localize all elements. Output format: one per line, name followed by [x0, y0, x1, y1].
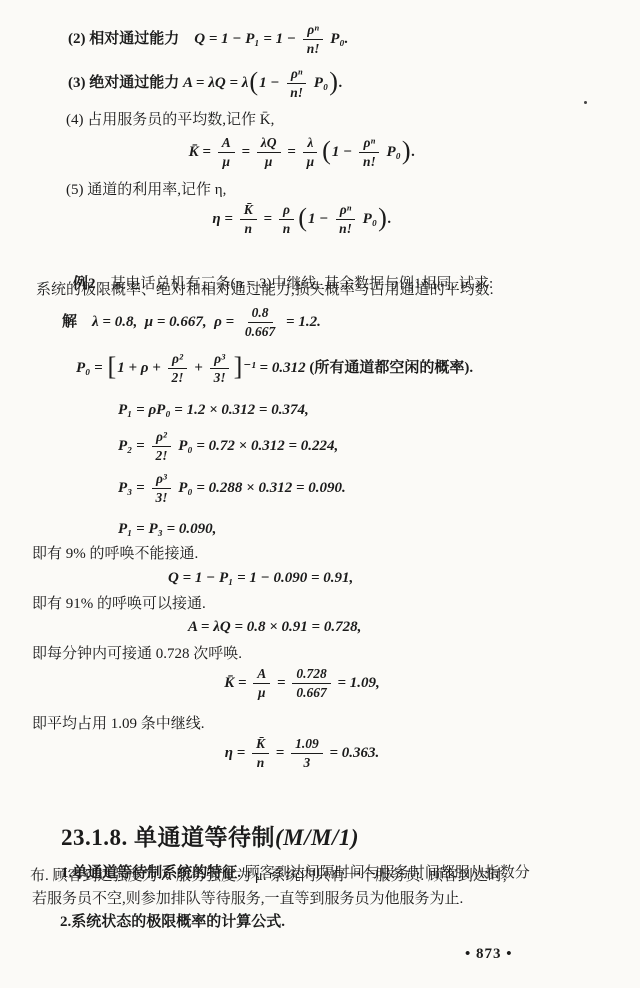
formula-segment-var: K̄ =	[224, 674, 250, 693]
formula-segment-var: =	[273, 674, 289, 693]
fraction-numerator: ρ	[279, 202, 294, 220]
fraction-denominator: n!	[286, 84, 307, 101]
fraction-numerator: 0.8	[248, 305, 273, 323]
formula-segment-var: =	[238, 143, 254, 162]
fraction-denominator: 0.667	[241, 323, 279, 340]
formula-segment-var: P₀	[359, 210, 377, 229]
formula-segment-var: P₀	[383, 143, 401, 162]
fraction-numerator: K̄	[252, 736, 269, 754]
fraction-denominator: 3	[300, 754, 315, 771]
formula-eta-definition: η = K̄n = ρn(1 − ρⁿn! P₀).	[0, 202, 640, 236]
formula-segment-var: ⁻¹ = 0.312	[243, 359, 309, 378]
fraction: ρⁿn!	[359, 135, 380, 169]
formula-segment-var: P₀ = 0.288 × 0.312 = 0.090.	[174, 479, 345, 498]
note-9-percent: 即有 9% 的呼唤不能接通.	[32, 544, 198, 565]
formula-segment-big: )	[328, 70, 339, 94]
formula-segment-big: (	[321, 139, 332, 163]
formula-segment-var: = 0.363.	[326, 744, 380, 763]
fraction: λμ	[303, 135, 319, 169]
formula-segment-var: K̄ =	[189, 143, 215, 162]
formula-segment-var: 1 −	[332, 143, 356, 162]
page-number: • 873 •	[465, 946, 513, 963]
formula-segment-var: P₃ =	[118, 479, 148, 498]
paragraph-line2: 布. 顾客到达强度为 λ. 服务强度为 μ. 系统内只有一个服务员. 顾客到达时…	[30, 866, 507, 887]
fraction-denominator: μ	[303, 153, 319, 170]
formula-segment-var: 1 −	[308, 210, 332, 229]
formula-kbar-value: K̄ = Aμ = 0.7280.667 = 1.09,	[0, 666, 640, 700]
formula-segment-var: .	[339, 74, 343, 93]
fraction-numerator: ρⁿ	[359, 135, 379, 153]
paragraph-line3: 若服务员不空,则参加排队等待服务,一直等到服务员为他服务为止.	[32, 889, 463, 910]
fraction: ρ²2!	[168, 351, 188, 385]
formula-segment-txt: (所有通道都空闲的概率).	[309, 359, 473, 378]
example2-line2: 系统的极限概率、绝对和相对通过能力,损失概率与占用通道的平均数.	[36, 280, 494, 301]
formula-segment-var: = 1.09,	[334, 674, 380, 693]
formula-segment-var: λ = 0.8, μ = 0.667, ρ =	[77, 313, 238, 332]
fraction-denominator: 2!	[151, 447, 171, 464]
formula-p2: P₂ = ρ²2! P₀ = 0.72 × 0.312 = 0.224,	[118, 429, 338, 463]
formula-segment-var: P₁ = P₃ = 0.090,	[118, 520, 216, 539]
fraction-denominator: μ	[254, 684, 270, 701]
fraction-numerator: A	[253, 666, 270, 684]
fraction: ρn	[279, 202, 295, 236]
fraction-numerator: ρⁿ	[287, 66, 307, 84]
fraction-numerator: λ	[303, 135, 317, 153]
fraction-denominator: n!	[335, 220, 356, 237]
formula-segment-var: = 1.2.	[282, 313, 321, 332]
formula-segment-var: .	[388, 210, 392, 229]
scanned-book-page: (2) 相对通过能力 Q = 1 − P₁ = 1 − ρⁿn! P₀. (3)…	[0, 0, 640, 988]
fraction-denominator: 3!	[210, 369, 230, 386]
fraction-numerator: ρ²	[168, 351, 187, 369]
fraction-denominator: n	[279, 220, 295, 237]
formula-p1: P₁ = ρP₀ = 1.2 × 0.312 = 0.374,	[118, 401, 309, 420]
formula-segment-var: A = λQ = λ	[183, 74, 248, 93]
note-109-trunks: 即平均占用 1.09 条中继线.	[32, 714, 205, 735]
fraction-denominator: n!	[359, 153, 380, 170]
fraction: ρ³3!	[210, 351, 230, 385]
formula-segment-big: )	[401, 139, 412, 163]
formula-loss-probability: P₁ = P₃ = 0.090,	[118, 520, 216, 539]
note-0728-calls: 即每分钟内可接通 0.728 次呼唤.	[32, 644, 242, 665]
fraction: ρⁿn!	[303, 22, 324, 56]
fraction: ρⁿn!	[286, 66, 307, 100]
formula-eta-value: η = K̄n = 1.093 = 0.363.	[0, 736, 640, 770]
formula-segment-big: )	[377, 206, 388, 230]
formula-p0: P₀ = [1 + ρ + ρ²2! + ρ³3!]⁻¹ = 0.312 (所有…	[76, 351, 473, 385]
fraction: K̄n	[240, 202, 257, 236]
fraction-numerator: ρ³	[210, 351, 229, 369]
formula-segment-big: (	[248, 70, 259, 94]
formula-segment-var: +	[191, 359, 207, 378]
formula-segment-var: P₀ = 0.72 × 0.312 = 0.224,	[174, 437, 338, 456]
fraction: K̄n	[252, 736, 269, 770]
fraction-denominator: 3!	[151, 489, 171, 506]
fraction-numerator: ρ²	[152, 429, 171, 447]
fraction-denominator: 0.667	[292, 684, 330, 701]
formula-segment-big: (	[297, 206, 308, 230]
formula-segment-var: =	[260, 210, 276, 229]
formula-segment-var: =	[272, 744, 288, 763]
fraction: Aμ	[218, 135, 235, 169]
fraction-denominator: n	[240, 220, 256, 237]
fraction-numerator: ρⁿ	[303, 22, 323, 40]
formula-p3: P₃ = ρ³3! P₀ = 0.288 × 0.312 = 0.090.	[118, 471, 346, 505]
scan-artifact-dot	[584, 101, 587, 104]
formula-segment-var: P₀ =	[76, 359, 106, 378]
formula-segment-txt: (3) 绝对通过能力	[68, 74, 183, 93]
fraction-numerator: K̄	[240, 202, 257, 220]
formula-segment-var: Q = 1 − P₁ = 1 − 0.090 = 0.91,	[168, 569, 353, 588]
formula-a-value: A = λQ = 0.8 × 0.91 = 0.728,	[188, 618, 361, 637]
fraction: 0.80.667	[241, 305, 279, 339]
fraction-numerator: ρⁿ	[336, 202, 356, 220]
fraction-numerator: 0.728	[292, 666, 330, 684]
formula-segment-var: A = λQ = 0.8 × 0.91 = 0.728,	[188, 618, 361, 637]
formula-segment-txt: (2) 相对通过能力	[68, 30, 194, 49]
formula-segment-var: η =	[212, 210, 236, 229]
fraction-denominator: μ	[218, 153, 234, 170]
label-item-5: (5) 通道的利用率,记作 η,	[66, 180, 226, 201]
note-91-percent: 即有 91% 的呼唤可以接通.	[32, 594, 206, 615]
formula-relative-throughput: (2) 相对通过能力 Q = 1 − P₁ = 1 − ρⁿn! P₀.	[68, 22, 348, 56]
formula-segment-big: [	[106, 355, 117, 379]
formula-solution-parameters: 解 λ = 0.8, μ = 0.667, ρ = 0.80.667 = 1.2…	[62, 305, 321, 339]
formula-q-value: Q = 1 − P₁ = 1 − 0.090 = 0.91,	[168, 569, 353, 588]
formula-segment-var: P₀.	[327, 30, 349, 49]
fraction-numerator: ρ³	[152, 471, 171, 489]
fraction: Aμ	[253, 666, 270, 700]
formula-segment-var: .	[412, 143, 416, 162]
fraction-denominator: n!	[303, 40, 324, 57]
fraction: 0.7280.667	[292, 666, 330, 700]
formula-absolute-throughput: (3) 绝对通过能力 A = λQ = λ(1 − ρⁿn! P₀).	[68, 66, 343, 100]
fraction: ρ²2!	[151, 429, 171, 463]
fraction: ρ³3!	[151, 471, 171, 505]
formula-segment-var: =	[284, 143, 300, 162]
fraction-denominator: 2!	[168, 369, 188, 386]
formula-segment-var: 1 −	[259, 74, 283, 93]
fraction-denominator: n	[253, 754, 269, 771]
formula-segment-var: η =	[225, 744, 249, 763]
formula-segment-var: Q = 1 − P₁ = 1 −	[194, 30, 300, 49]
paragraph-point2: 2.系统状态的极限概率的计算公式.	[60, 912, 285, 933]
formula-segment-var: P₁ = ρP₀ = 1.2 × 0.312 = 0.374,	[118, 401, 309, 420]
fraction-numerator: A	[218, 135, 235, 153]
label-item-4: (4) 占用服务员的平均数,记作 K̄,	[66, 110, 274, 131]
formula-segment-bold: 解	[62, 313, 77, 332]
fraction-denominator: μ	[261, 153, 277, 170]
formula-segment-var: 1 + ρ +	[117, 359, 164, 378]
fraction: 1.093	[291, 736, 323, 770]
fraction-numerator: λQ	[257, 135, 281, 153]
formula-segment-var: P₂ =	[118, 437, 148, 456]
formula-kbar-definition: K̄ = Aμ = λQμ = λμ(1 − ρⁿn! P₀).	[0, 135, 640, 169]
formula-segment-var: P₀	[310, 74, 328, 93]
formula-segment-big: ]	[233, 355, 244, 379]
fraction: ρⁿn!	[335, 202, 356, 236]
fraction: λQμ	[257, 135, 281, 169]
fraction-numerator: 1.09	[291, 736, 323, 754]
